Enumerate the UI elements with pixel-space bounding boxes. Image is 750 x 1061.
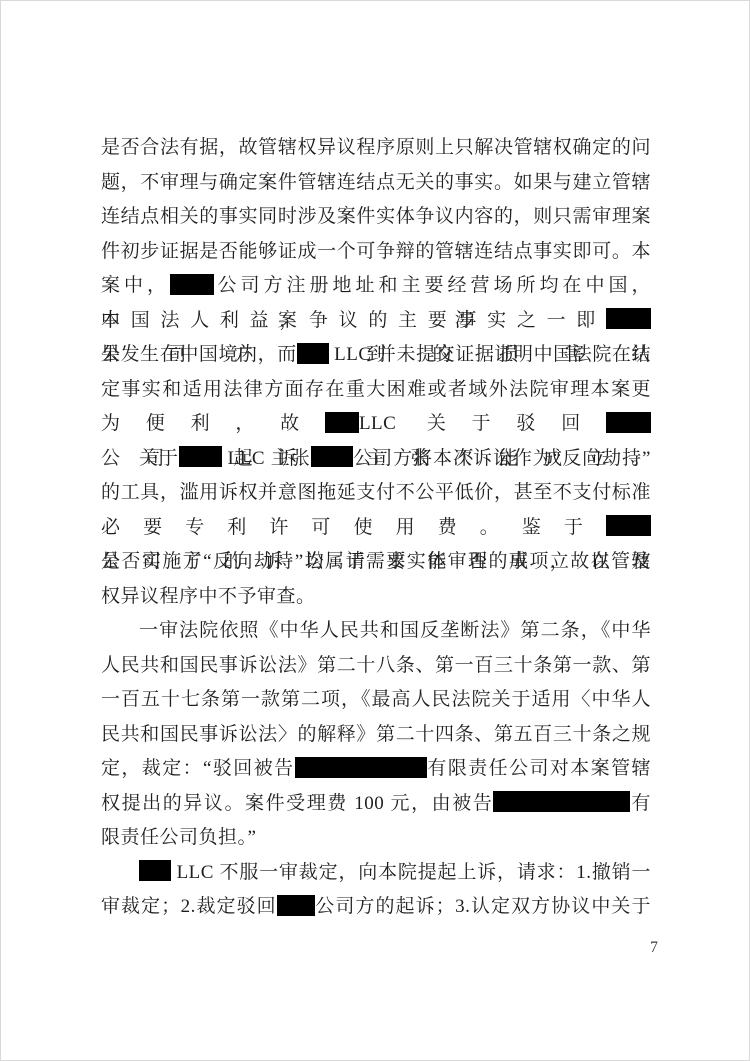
- text-line: 一百五十七条第一款第二项，《最高人民法院关于适用〈中华人: [101, 683, 651, 718]
- text-line: 的工具，滥用诉权并意图拖延支付不公平低价，甚至不支付标准: [101, 476, 651, 511]
- text-line: 权提出的异议。案件受理费 100 元，由被告有: [101, 787, 651, 822]
- redaction-box: [179, 446, 222, 467]
- text-line: 果发生在中国境内，而 LLC 并未提交证据证明中国法院在认: [101, 338, 651, 373]
- text-segment: 为便利，故: [101, 413, 325, 434]
- text-line: 是否合法有据，故管辖权异议程序原则上只解决管辖权确定的问: [101, 131, 651, 166]
- text-line: LLC 不服一审裁定，向本院提起上诉，请求：1.撤销一: [101, 856, 651, 891]
- text-segment: 是否合法有据，故管辖权异议程序原则上只解决管辖权确定的问: [101, 137, 651, 158]
- text-line: 件初步证据是否能够证成一个可争辩的管辖连结点事实即可。本: [101, 235, 651, 270]
- text-line: 权异议程序中不予审查。: [101, 580, 651, 615]
- text-segment: 公司方的起诉；3.认定双方协议中关于: [315, 896, 651, 917]
- text-line: 题，不审理与确定案件管辖连结点无关的事实。如果与建立管辖: [101, 166, 651, 201]
- text-line: 关于 LLC 主张公司方将本次诉讼作为“反向劫持”: [101, 442, 651, 477]
- text-segment: 件初步证据是否能够证成一个可争辩的管辖连结点事实即可。本: [101, 241, 651, 262]
- document-body: 是否合法有据，故管辖权异议程序原则上只解决管辖权确定的问题，不审理与确定案件管辖…: [101, 131, 651, 925]
- text-line: 审裁定；2.裁定驳回公司方的起诉；3.认定双方协议中关于: [101, 890, 651, 925]
- text-segment: 案中，: [101, 275, 170, 296]
- text-segment: 人民共和国民事诉讼法》第二十八条、第一百三十条第一款、第: [101, 655, 651, 676]
- redaction-box: [170, 274, 214, 295]
- text-line: 案中，公司方注册地址和主要经营场所均在中国，本案涉及: [101, 269, 651, 304]
- redaction-box: [606, 412, 651, 433]
- text-segment: 有限责任公司对本案管辖: [427, 758, 651, 779]
- text-line: 必要专利许可使用费。鉴于公司方的诉讼请求能否成立以及: [101, 511, 651, 546]
- text-segment: 民共和国民事诉讼法〉的解释》第二十四条、第五百三十条之规: [101, 724, 651, 745]
- text-segment: 有: [630, 793, 651, 814]
- redaction-box: [295, 757, 427, 778]
- text-line: 民共和国民事诉讼法〉的解释》第二十四条、第五百三十条之规: [101, 718, 651, 753]
- text-segment: 定事实和适用法律方面存在重大困难或者域外法院审理本案更: [101, 379, 651, 400]
- text-line: 一审法院依照《中华人民共和国反垄断法》第二条，《中华: [101, 614, 651, 649]
- text-segment: 审裁定；2.裁定驳回: [101, 896, 277, 917]
- text-segment: 一审法院依照《中华人民共和国反垄断法》第二条，《中华: [139, 620, 651, 641]
- text-segment: 中国法人利益，争议的主要事实之一即: [101, 310, 606, 331]
- page-number: 7: [644, 939, 664, 957]
- text-line: 为便利，故LLC 关于驳回公司方起诉的主张不能成立。: [101, 407, 651, 442]
- text-line: 是否实施了“反向劫持”均属于需要实体审理的事项，故在管辖: [101, 545, 651, 580]
- text-segment: 题，不审理与确定案件管辖连结点无关的事实。如果与建立管辖: [101, 172, 651, 193]
- text-segment: LLC 关于驳回: [359, 413, 606, 434]
- text-segment: LLC 主张: [222, 448, 311, 469]
- text-segment: LLC 并未提交证据证明中国法院在认: [329, 344, 651, 365]
- text-segment: 权提出的异议。案件受理费 100 元，由被告: [101, 793, 493, 814]
- text-line: 连结点相关的事实同时涉及案件实体争议内容的，则只需审理案: [101, 200, 651, 235]
- text-line: 定，裁定：“驳回被告有限责任公司对本案管辖: [101, 752, 651, 787]
- text-segment: LLC 不服一审裁定，向本院提起上诉，请求：1.撤销一: [171, 862, 651, 883]
- text-segment: 一百五十七条第一款第二项，《最高人民法院关于适用〈中华人: [101, 689, 651, 710]
- redaction-box: [277, 895, 315, 916]
- document-page: 是否合法有据，故管辖权异议程序原则上只解决管辖权确定的问题，不审理与确定案件管辖…: [0, 0, 750, 1061]
- redaction-box: [325, 412, 359, 433]
- text-segment: 是否实施了“反向劫持”均属于需要实体审理的事项，故在管辖: [101, 551, 651, 572]
- text-segment: 公司方将本次诉讼作为“反向劫持”: [353, 448, 651, 469]
- text-segment: 限责任公司负担。”: [101, 827, 256, 848]
- redaction-box: [297, 343, 329, 364]
- text-segment: 定，裁定：“驳回被告: [101, 758, 295, 779]
- redaction-box: [606, 515, 651, 536]
- text-line: 中国法人利益，争议的主要事实之一即公司方受到的损害结: [101, 304, 651, 339]
- text-line: 定事实和适用法律方面存在重大困难或者域外法院审理本案更: [101, 373, 651, 408]
- text-segment: 的工具，滥用诉权并意图拖延支付不公平低价，甚至不支付标准: [101, 482, 651, 503]
- text-line: 人民共和国民事诉讼法》第二十八条、第一百三十条第一款、第: [101, 649, 651, 684]
- redaction-box: [606, 308, 651, 329]
- text-segment: 关于: [139, 448, 179, 469]
- redaction-box: [493, 791, 630, 812]
- text-segment: 权异议程序中不予审查。: [101, 586, 316, 607]
- text-segment: 果发生在中国境内，而: [101, 344, 297, 365]
- text-line: 限责任公司负担。”: [101, 821, 651, 856]
- redaction-box: [139, 860, 171, 881]
- text-segment: 连结点相关的事实同时涉及案件实体争议内容的，则只需审理案: [101, 206, 651, 227]
- redaction-box: [311, 446, 353, 467]
- text-segment: 必要专利许可使用费。鉴于: [101, 517, 606, 538]
